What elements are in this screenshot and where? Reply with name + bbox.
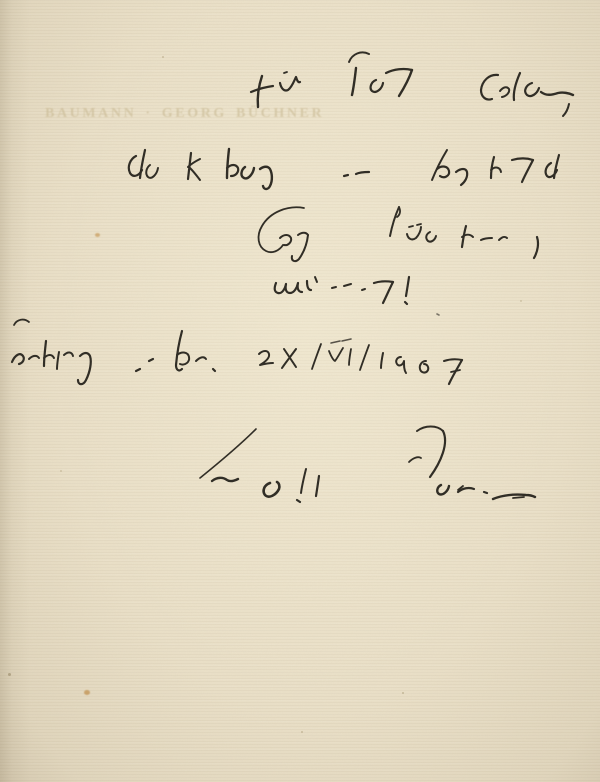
handwriting-line-freiburg-date — [12, 320, 462, 385]
handwriting-line-georg-buechners — [259, 207, 538, 261]
handwriting-line-ueberreicht — [275, 277, 439, 315]
handwriting-line-signature-gerhart-baumann — [200, 427, 535, 503]
handwriting-line-dankbar — [129, 149, 559, 189]
handwritten-inscription — [0, 0, 600, 782]
handwriting-line-fuer-paul-celan — [251, 52, 573, 116]
book-page: BAUMANN · GEORG BÜCHNER — [0, 0, 600, 782]
